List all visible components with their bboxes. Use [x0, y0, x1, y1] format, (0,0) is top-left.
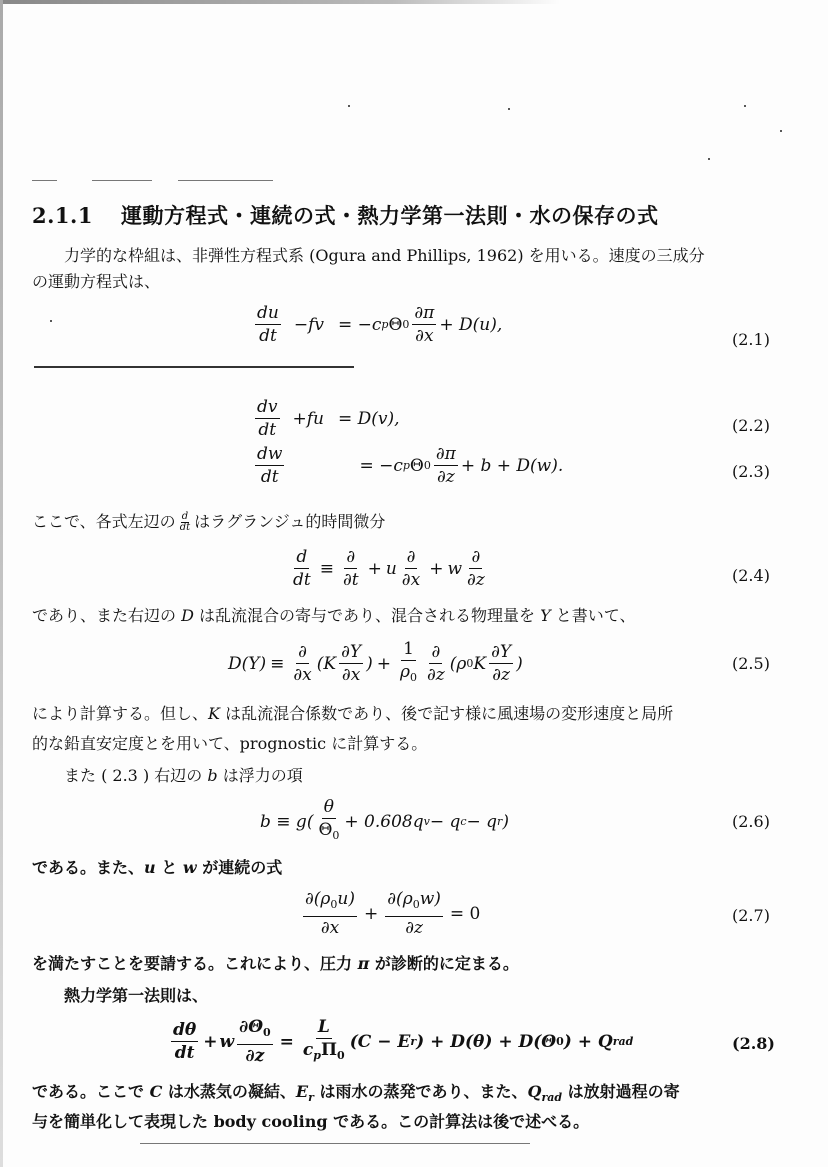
- equation-number-2-2: (2.2): [732, 416, 770, 435]
- equation-2-3: dwdt = −cpΘ0 ∂π∂z + b + D(w).: [252, 445, 563, 486]
- header-rule: [32, 180, 57, 181]
- scan-speck: [508, 108, 510, 110]
- section-number: 2.1.1: [32, 203, 93, 228]
- scan-edge-left: [0, 0, 3, 1167]
- equation-number-2-5: (2.5): [732, 654, 770, 673]
- paragraph-thermo-law: 熱力学第一法則は、: [32, 980, 824, 1012]
- equation-number-2-7: (2.7): [732, 906, 770, 925]
- paragraph-k-coefficient-line1: により計算する。但し、K は乱流混合係数であり、後で記す様に風速場の変形速度と局…: [32, 698, 792, 730]
- paragraph-condensation-line2: 与を簡単化して表現した body cooling である。この計算法は後で述べる…: [32, 1106, 792, 1138]
- equation-number-2-3: (2.3): [732, 462, 770, 481]
- equation-2-4: ddt ≡ ∂∂t + u ∂∂x + w ∂∂z: [288, 548, 490, 589]
- header-rule: [92, 180, 152, 181]
- paragraph-continuity: である。また、u と w が連続の式: [32, 852, 792, 884]
- equation-2-8: dθdt + w ∂Θ0∂z = LcpΠ0 (C − Er) + D(θ) +…: [168, 1018, 633, 1065]
- equation-number-2-4: (2.4): [732, 566, 770, 585]
- header-rule: [178, 180, 273, 181]
- paragraph-lagrangian: ここで、各式左辺のddtはラグランジュ的時間微分: [32, 506, 792, 538]
- section-title: 運動方程式・連続の式・熱力学第一法則・水の保存の式: [121, 204, 659, 228]
- equation-2-5: D(Y) ≡ ∂∂x (K ∂Y∂x ) + 1ρ0 ∂∂z (ρ0K ∂Y∂z…: [228, 640, 523, 687]
- equation-2-1: dudt −fv = −cpΘ0 ∂π∂x + D(u),: [252, 304, 502, 345]
- scan-speck: [780, 130, 782, 132]
- equation-2-2: dvdt +fu = D(v),: [252, 398, 400, 439]
- paragraph-intro-line2: の運動方程式は、: [32, 266, 792, 298]
- scan-speck: [744, 105, 746, 107]
- section-heading: 2.1.1運動方程式・連続の式・熱力学第一法則・水の保存の式: [32, 200, 658, 230]
- equation-number-2-6: (2.6): [732, 812, 770, 831]
- equation-number-2-1: (2.1): [732, 330, 770, 349]
- equation-number-2-8: (2.8): [732, 1034, 775, 1053]
- paragraph-buoyancy: また ( 2.3 ) 右辺の b は浮力の項: [32, 760, 824, 792]
- footer-rule: [140, 1143, 530, 1144]
- scan-speck: [708, 158, 710, 160]
- scan-speck: [50, 320, 52, 322]
- equation-2-6: b ≡ g( θΘ0 + 0.608qv − qc − qr ): [260, 798, 509, 845]
- paragraph-k-coefficient-line2: 的な鉛直安定度とを用いて、prognostic に計算する。: [32, 728, 792, 760]
- equation-2-7: ∂(ρ0u)∂x + ∂(ρ0w)∂z = 0: [300, 890, 480, 937]
- page-separator-rule: [34, 366, 354, 368]
- paragraph-pressure: を満たすことを要請する。これにより、圧力 π が診断的に定まる。: [32, 948, 792, 980]
- paragraph-turbulent-mixing: であり、また右辺の D は乱流混合の寄与であり、混合される物理量を Y と書いて…: [32, 600, 792, 632]
- scan-speck: [348, 105, 350, 107]
- scan-edge-top: [0, 0, 560, 4]
